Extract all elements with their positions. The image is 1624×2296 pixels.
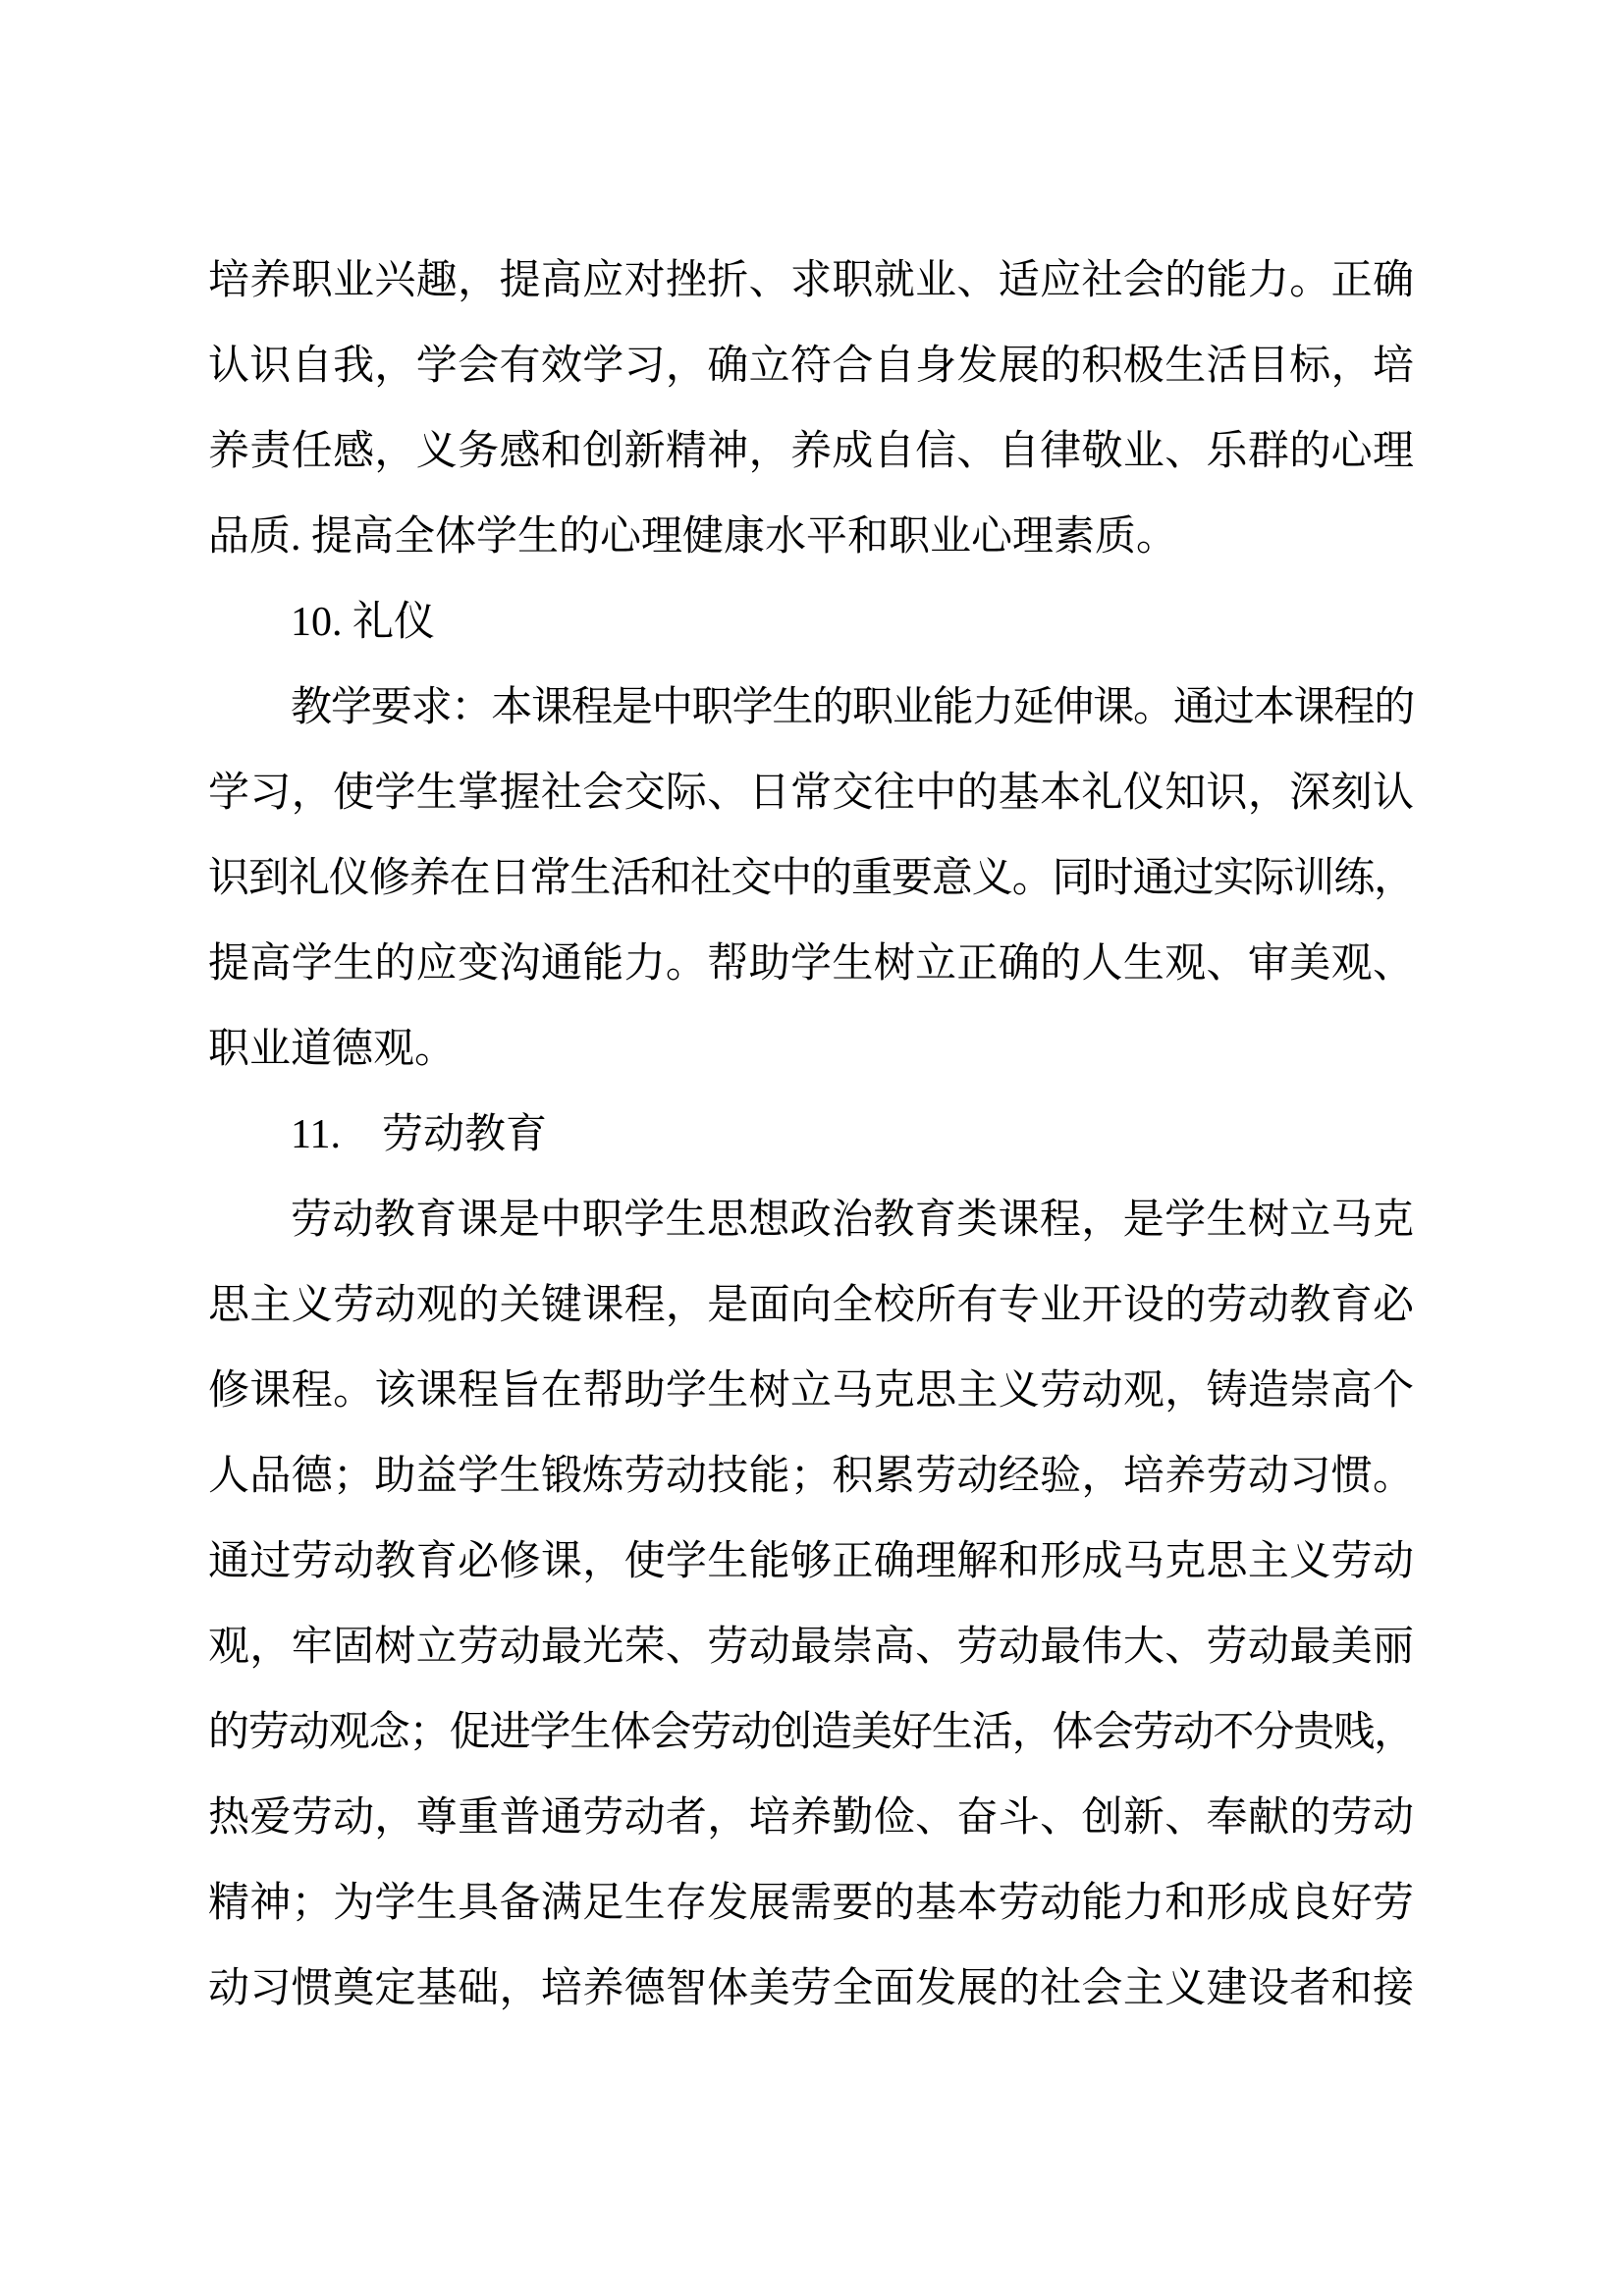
text-line: 提高学生的应变沟通能力。帮助学生树立正确的人生观、审美观、 (208, 922, 1414, 1007)
text-line: 热爱劳动，尊重普通劳动者，培养勤俭、奋斗、创新、奉献的劳动 (208, 1776, 1414, 1861)
text-line: 通过劳动教育必修课，使学生能够正确理解和形成马克思主义劳动 (208, 1520, 1414, 1605)
text-line-paragraph-start: 劳动教育课是中职学生思想政治教育类课程，是学生树立马克 (208, 1178, 1414, 1263)
text-line: 学习，使学生掌握社会交际、日常交往中的基本礼仪知识，深刻认 (208, 751, 1414, 836)
text-line-paragraph-start: 教学要求：本课程是中职学生的职业能力延伸课。通过本课程的 (208, 666, 1414, 751)
text-line: 的劳动观念；促进学生体会劳动创造美好生活，体会劳动不分贵贱， (208, 1690, 1414, 1776)
text-line: 思主义劳动观的关键课程，是面向全校所有专业开设的劳动教育必 (208, 1263, 1414, 1349)
section-heading-10-etiquette: 10. 礼仪 (208, 580, 1414, 666)
text-line: 培养职业兴趣，提高应对挫折、求职就业、适应社会的能力。正确 (208, 239, 1414, 324)
text-line: 人品德；助益学生锻炼劳动技能；积累劳动经验，培养劳动习惯。 (208, 1434, 1414, 1520)
text-line: 观，牢固树立劳动最光荣、劳动最崇高、劳动最伟大、劳动最美丽 (208, 1605, 1414, 1690)
section-heading-11-labor-education: 11. 劳动教育 (208, 1093, 1414, 1178)
text-line: 精神；为学生具备满足生存发展需要的基本劳动能力和形成良好劳 (208, 1861, 1414, 1947)
text-line: 养责任感，义务感和创新精神，养成自信、自律敬业、乐群的心理 (208, 409, 1414, 495)
text-line: 认识自我，学会有效学习，确立符合自身发展的积极生活目标，培 (208, 324, 1414, 409)
text-line-paragraph-end: 职业道德观。 (208, 1007, 1414, 1093)
text-line: 修课程。该课程旨在帮助学生树立马克思主义劳动观，铸造崇高个 (208, 1349, 1414, 1434)
text-line: 动习惯奠定基础，培养德智体美劳全面发展的社会主义建设者和接 (208, 1947, 1414, 2032)
document-body-text: 培养职业兴趣，提高应对挫折、求职就业、适应社会的能力。正确 认识自我，学会有效学… (208, 239, 1414, 2032)
text-line-paragraph-end: 品质. 提高全体学生的心理健康水平和职业心理素质。 (208, 495, 1414, 580)
document-page: 培养职业兴趣，提高应对挫折、求职就业、适应社会的能力。正确 认识自我，学会有效学… (0, 0, 1624, 2296)
text-line: 识到礼仪修养在日常生活和社交中的重要意义。同时通过实际训练， (208, 836, 1414, 922)
